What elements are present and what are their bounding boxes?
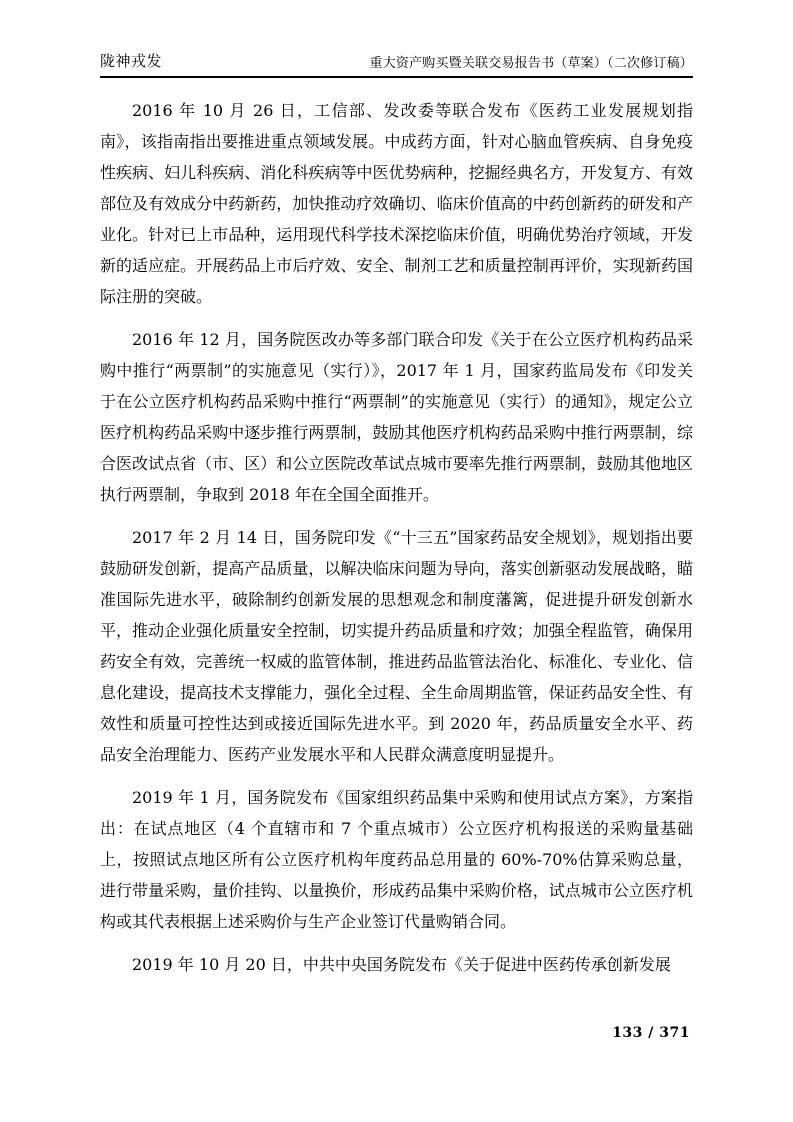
document-body: 2016 年 10 月 26 日，工信部、发改委等联合发布《医药工业发展规划指南… <box>100 95 693 992</box>
paragraph: 2019 年 1 月，国务院发布《国家组织药品集中采购和使用试点方案》，方案指出… <box>100 782 693 937</box>
document-page: 陇神戎发 重大资产购买暨关联交易报告书（草案）（二次修订稿） 2016 年 10… <box>0 0 793 1122</box>
header-company-name: 陇神戎发 <box>100 50 162 71</box>
page-header: 陇神戎发 重大资产购买暨关联交易报告书（草案）（二次修订稿） <box>100 50 693 78</box>
paragraph: 2016 年 10 月 26 日，工信部、发改委等联合发布《医药工业发展规划指南… <box>100 95 693 312</box>
paragraph: 2017 年 2 月 14 日，国务院印发《“十三五”国家药品安全规划》，规划指… <box>100 522 693 770</box>
paragraph: 2019 年 10 月 20 日，中共中央国务院发布《关于促进中医药传承创新发展 <box>100 949 693 980</box>
header-report-title: 重大资产购买暨关联交易报告书（草案）（二次修订稿） <box>369 52 693 71</box>
paragraph: 2016 年 12 月，国务院医改办等多部门联合印发《关于在公立医疗机构药品采购… <box>100 324 693 510</box>
page-number: 133 / 371 <box>612 1025 690 1041</box>
